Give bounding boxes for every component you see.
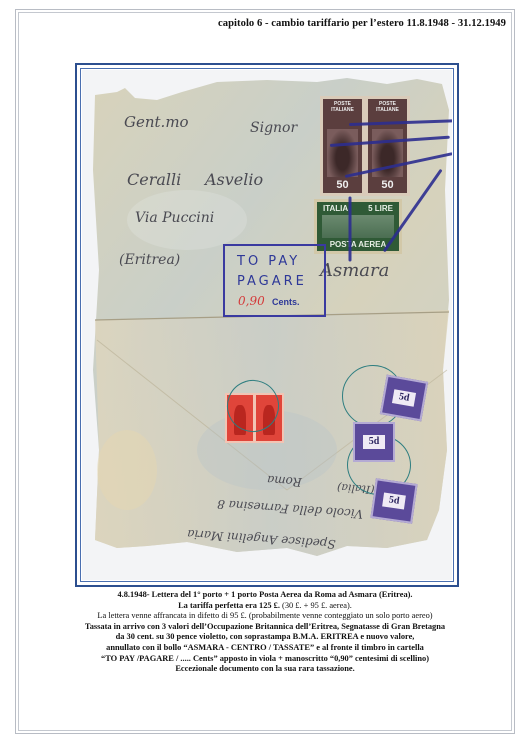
envelope-paper: [87, 70, 452, 570]
roma-cancel-postmark: [220, 373, 287, 440]
figure-icon: [263, 405, 275, 435]
address-line: Gent.mo: [124, 113, 189, 131]
manuscript-amount: 0,90: [238, 294, 265, 308]
sender-line: Spedisce Angelini Maria: [187, 527, 336, 551]
caption-line: Tassata in arrivo con 3 valori dell’Occu…: [30, 622, 500, 633]
chapter-title: capitolo 6 - cambio tariffario per l’est…: [218, 18, 506, 29]
pen-cancel-stroke: [349, 119, 452, 126]
tree-icon: [372, 129, 403, 177]
stamp-value: 50: [368, 179, 407, 191]
postage-due-stamp: 5d: [370, 478, 417, 523]
stamp-value: 5 LIRE: [368, 204, 393, 213]
address-line: Asmara: [320, 260, 389, 281]
stamp-label: POSTA AEREA: [317, 240, 399, 249]
to-pay-handstamp: TO PAY PAGARE 0,90 Cents.: [223, 244, 326, 317]
stamp-50-lire: POSTE ITALIANE 50: [365, 96, 410, 196]
cover-photo-frame: Gent.mo Signor Ceralli Asvelio Via Pucci…: [75, 63, 459, 587]
envelope: Gent.mo Signor Ceralli Asvelio Via Pucci…: [87, 70, 452, 570]
tree-icon: [327, 129, 358, 177]
caption: 4.8.1948- Lettera del 1° porto + 1 porto…: [30, 590, 500, 675]
pen-cancel-stroke: [349, 197, 352, 262]
swallows-icon: [322, 215, 394, 238]
stamp-value: 50: [323, 179, 362, 191]
sender-line: Roma: [267, 473, 303, 489]
pen-cancel-stroke: [383, 169, 443, 253]
asmara-cancel-postmark: [342, 365, 404, 427]
stamp-value: 5d: [392, 389, 416, 407]
address-line: Asvelio: [205, 170, 263, 189]
stamp-red: [225, 393, 255, 443]
caption-line: Eccezionale documento con la sua rara ta…: [30, 664, 500, 675]
stamp-country: ITALIA: [323, 204, 348, 213]
stamp-airmail-5-lire: ITALIA 5 LIRE POSTA AEREA: [314, 199, 402, 254]
cover-photo: Gent.mo Signor Ceralli Asvelio Via Pucci…: [82, 70, 452, 580]
asmara-cancel-postmark: [347, 435, 411, 495]
sender-line: Vicolo della Farnesina 8: [217, 497, 364, 521]
sender-line: (Italia): [337, 481, 375, 497]
stamp-value: 5d: [363, 435, 385, 449]
postage-due-stamp: 5d: [353, 422, 395, 462]
address-line: Ceralli: [127, 170, 181, 189]
postage-due-stamp: 5d: [380, 375, 428, 422]
caption-line: “TO PAY /PAGARE / ..... Cents” apposto i…: [30, 654, 500, 665]
caption-line: La tariffa perfetta era 125 £. (30 £. + …: [30, 601, 500, 612]
stamp-value: 5d: [382, 493, 406, 510]
handstamp-line: TO PAY: [237, 254, 300, 269]
caption-tariff: La tariffa perfetta era 125 £.: [178, 601, 280, 610]
address-line: Via Puccini: [135, 210, 214, 226]
address-line: (Eritrea): [119, 252, 180, 268]
stamp-50-lire: POSTE ITALIANE 50: [320, 96, 365, 196]
handstamp-line: PAGARE: [237, 274, 307, 289]
stamp-red: [254, 393, 284, 443]
caption-line: da 30 cent. su 30 pence violetto, con so…: [30, 632, 500, 643]
pen-cancel-stroke: [330, 136, 450, 147]
figure-icon: [234, 405, 246, 435]
pen-cancel-stroke: [345, 152, 452, 178]
handstamp-unit: Cents.: [272, 297, 300, 307]
stamp-header: POSTE ITALIANE: [368, 101, 407, 113]
address-line: Signor: [250, 120, 297, 136]
stamp-header: POSTE ITALIANE: [323, 101, 362, 113]
caption-line: La lettera venne affrancata in difetto d…: [30, 611, 500, 622]
caption-line: annullato con il bollo “ASMARA - CENTRO …: [30, 643, 500, 654]
caption-line: 4.8.1948- Lettera del 1° porto + 1 porto…: [30, 590, 500, 601]
caption-tariff-detail: (30 £. + 95 £. aerea).: [280, 601, 352, 610]
